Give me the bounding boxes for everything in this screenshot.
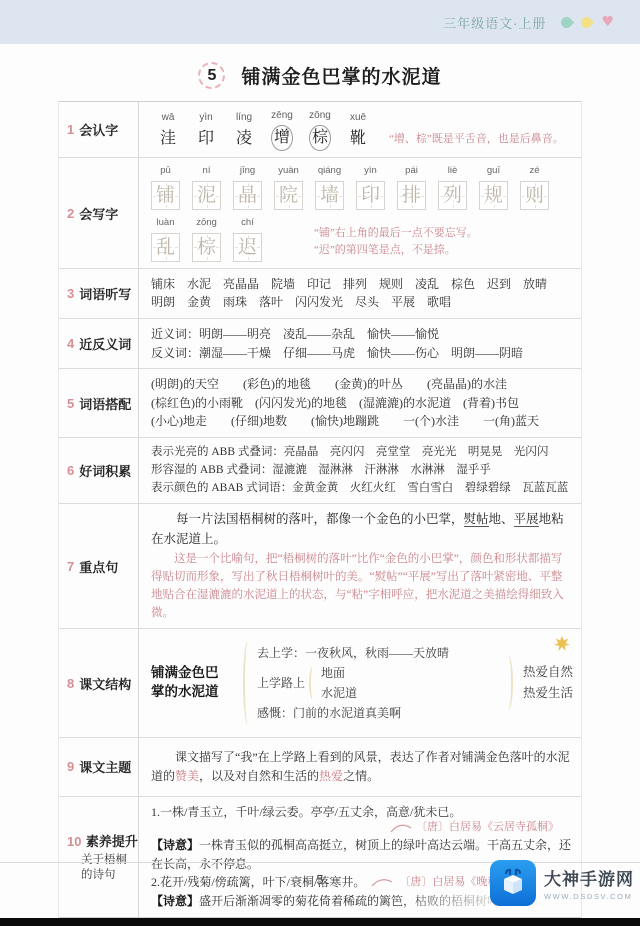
sentence-part: 每一片法国梧桐树的落叶，都像一个金色的小巴掌， [176,512,464,526]
row-dictation-label: 3 词语听写 [59,269,139,318]
pinyin: pái [405,164,418,179]
goodwords-line-3: 表示颜色的 ABAB 式词语：金黄金黄 火红火红 雪白雪白 碧绿碧绿 瓦蓝瓦蓝 [151,480,573,498]
grid-char: pū铺 [151,164,180,210]
dictation-line-2: 明朗 金黄 雨珠 落叶 闪闪发光 尽头 平展 歌唱 [151,293,573,312]
row-label: 词语听写 [79,284,131,303]
poem-1-citation-line: 〔唐〕白居易《云居寺孤桐》 [151,819,573,836]
row-keysentence-label: 7 重点句 [59,504,139,628]
branch-going-to-school: 去上学：一夜秋风，秋雨——天放晴 [257,644,499,663]
tian-grid-box: 乱 [151,233,180,262]
close-brace-icon [503,655,513,711]
pinyin: yìn [364,164,377,179]
underlined-word: 平展 [514,512,539,527]
open-brace-icon [243,641,253,725]
tian-grid-box: 规 [479,181,508,210]
tian-grid-box: 院 [274,181,303,210]
study-table: 1 会认字 wā洼 yìn印 líng凌 zēng增 zōng棕 xuē靴 “增… [58,101,582,918]
theme-text: 课文描写了“我”在上学路上看到的风景，表达了作者对铺满金色落叶的水泥道的赞美，以… [151,748,573,785]
grid-char: yuàn院 [274,164,303,210]
pinyin: pū [160,164,171,179]
char-item: wā洼 [151,110,185,151]
theme-part: 之情。 [343,769,379,783]
goodwords-line-2: 形容湿的 ABB 式叠词：湿漉漉 湿淋淋 汗淋淋 水淋淋 湿乎乎 [151,462,573,480]
grid-char: liè列 [438,164,467,210]
tian-grid-box: 晶 [233,181,262,210]
grid-char: zōng棕 [192,216,221,262]
row-label: 词语搭配 [79,394,131,413]
pinyin: chí [241,216,254,231]
row-label: 重点句 [79,557,118,576]
pinyin: liè [448,164,458,179]
write-grid-line1: pū铺 ní泥 jīng晶 yuàn院 qiáng墙 yìn印 pái排 liè… [151,164,573,210]
lesson-number-badge: 5 [198,62,225,89]
branch-sub-items: 地面 水泥道 [321,664,357,702]
structure-conclusion: 热爱自然 热爱生活 [523,662,573,705]
highlight-word: 热爱 [319,769,343,783]
tian-grid-box: 排 [397,181,426,210]
char-item: líng凌 [227,110,261,151]
label-head: 10 素养提升 [67,831,138,851]
grid-char: luàn乱 [151,216,180,262]
grid-char: yìn印 [356,164,385,210]
hanzi: 迟 [238,233,257,262]
pinyin: qiáng [318,164,341,179]
pinyin: ní [203,164,211,179]
row-number: 3 [67,286,74,301]
write-note-2: “迟”的第四笔是点，不是捺。 [314,242,478,260]
row-theme-body: 课文描写了“我”在上学路上看到的风景，表达了作者对铺满金色落叶的水泥道的赞美，以… [139,738,581,795]
tian-grid-box: 则 [520,181,549,210]
dictation-line-1: 铺床 水泥 亮晶晶 院墙 印记 排列 规则 凌乱 棕色 迟到 放晴 [151,275,573,294]
teal-leaf-icon [559,14,575,30]
hanzi: 印 [361,181,380,210]
key-sentence: 每一片法国梧桐树的落叶，都像一个金色的小巴掌，熨帖地、平展地粘在水泥道上。 [151,510,573,549]
pinyin: zōng [196,216,217,231]
hanzi: 乱 [156,233,175,262]
pinyin: zēng [271,108,293,124]
bottom-black-bar [0,918,640,926]
hanzi: 墙 [320,181,339,210]
char-item: xuē靴 [341,110,375,151]
conclusion-line: 热爱生活 [523,683,573,704]
row-keysentence: 7 重点句 每一片法国梧桐树的落叶，都像一个金色的小巴掌，熨帖地、平展地粘在水泥… [59,504,581,629]
row-label: 好词积累 [79,461,131,480]
write-grid-line2-boxes: luàn乱 zōng棕 chí迟 [151,216,262,262]
char-item-circled: zēng增 [265,108,299,151]
meaning-tag: 【诗意】 [151,838,199,852]
watermark-text: 大神手游网 WWW.DSDSV.COM [544,865,634,901]
row-goodwords: 6 好词积累 表示光亮的 ABB 式叠词：亮晶晶 亮闪闪 亮堂堂 亮光光 明晃晃… [59,438,581,504]
title-line: 铺满金色巴 [151,664,239,683]
tian-grid-box: 迟 [233,233,262,262]
highlight-word: 赞美 [175,769,199,783]
hanzi: 列 [443,181,462,210]
grid-char: zé则 [520,164,549,210]
row-structure: 8 课文结构 铺满金色巴 掌的水泥道 去上学：一夜秋风，秋雨——天放晴 上学路上… [59,629,581,738]
pinyin: luàn [157,216,175,231]
sentence-part: 地、 [489,512,514,526]
edition-label: 三年级语文·上册 [443,13,546,32]
row-collocation-label: 5 词语搭配 [59,369,139,437]
hanzi: 凌 [236,127,252,152]
row-number: 7 [67,559,74,574]
pinyin: zé [529,164,539,179]
hanzi: 晶 [238,181,257,210]
row-write: 2 会写字 pū铺 ní泥 jīng晶 yuàn院 qiáng墙 yìn印 pá… [59,158,581,268]
goodwords-line-1: 表示光亮的 ABB 式叠词：亮晶晶 亮闪闪 亮堂堂 亮光光 明晃晃 光闪闪 [151,444,573,462]
small-brace-icon [309,666,317,700]
recognize-note: “增、棕”既是平舌音，也是后鼻音。 [389,131,564,151]
row-recognize-body: wā洼 yìn印 líng凌 zēng增 zōng棕 xuē靴 “增、棕”既是平… [139,102,581,157]
write-grid-line2: luàn乱 zōng棕 chí迟 “铺”右上角的最后一点不要忘写。 “迟”的第四… [151,216,573,262]
row-synonyms-label: 4 近反义词 [59,319,139,368]
pinyin: zōng [309,108,331,124]
synonym-line: 近义词：明朗——明亮 凌乱——杂乱 愉快——愉悦 [151,325,573,344]
collocation-line-1: (明朗)的天空 (彩色)的地毯 (金黄)的叶丛 (亮晶晶)的水洼 [151,375,573,394]
collocation-line-3: (小心)地走 (仔细)地数 (愉快)地蹦跳 一(个)水洼 一(角)蓝天 [151,412,573,431]
hanzi: 靴 [350,127,366,152]
row-dictation-body: 铺床 水泥 亮晶晶 院墙 印记 排列 规则 凌乱 棕色 迟到 放晴 明朗 金黄 … [139,269,581,318]
lesson-titlebar: 5 铺满金色巴掌的水泥道 [0,62,640,89]
watermark-name: 大神手游网 [544,865,634,890]
row-number: 6 [67,463,74,478]
row-label: 课文结构 [79,674,131,693]
conclusion-line: 热爱自然 [523,662,573,683]
structure-branches: 去上学：一夜秋风，秋雨——天放晴 上学路上 地面 水泥道 感慨：门前的水泥道真美… [257,644,499,723]
structure-center-title: 铺满金色巴 掌的水泥道 [151,664,239,702]
row-synonyms-body: 近义词：明朗——明亮 凌乱——杂乱 愉快——愉悦 反义词：潮湿——干燥 仔细——… [139,319,581,368]
row-number: 1 [67,122,74,137]
meaning-tag: 【诗意】 [151,894,199,908]
grid-char: jīng晶 [233,164,262,210]
write-note-1: “铺”右上角的最后一点不要忘写。 [314,225,478,243]
grid-char: chí迟 [233,216,262,262]
grid-char: qiáng墙 [315,164,344,210]
row-write-body: pū铺 ní泥 jīng晶 yuàn院 qiáng墙 yìn印 pái排 liè… [139,158,581,267]
row-dictation: 3 词语听写 铺床 水泥 亮晶晶 院墙 印记 排列 规则 凌乱 棕色 迟到 放晴… [59,269,581,319]
hanzi: 棕 [309,125,331,152]
pinyin: guī [487,164,500,179]
row-structure-body: 铺满金色巴 掌的水泥道 去上学：一夜秋风，秋雨——天放晴 上学路上 地面 水泥道… [139,629,581,737]
row-number: 2 [67,206,74,221]
sub-item: 地面 [321,664,357,683]
row-label: 素养提升 [86,834,138,849]
pinyin: jīng [240,164,255,179]
yellow-leaf-icon [579,14,595,30]
grid-char: pái排 [397,164,426,210]
row-number: 9 [67,759,74,774]
top-header-band: 三年级语文·上册 ♥ [0,0,640,44]
row-label: 会认字 [79,120,118,139]
tian-grid-box: 墙 [315,181,344,210]
collocation-line-2: (棕红色)的小雨靴 (闪闪发光)的地毯 (湿漉漉)的水泥道 (背着)书包 [151,394,573,413]
branch-feeling: 感慨：门前的水泥道真美啊 [257,704,499,723]
title-line: 掌的水泥道 [151,683,239,702]
row-recognize: 1 会认字 wā洼 yìn印 líng凌 zēng增 zōng棕 xuē靴 “增… [59,102,581,158]
theme-part: ，以及对自然和生活的 [199,769,319,783]
row-improvement-label: 10 素养提升 关于梧桐 的诗句 [59,797,139,917]
tian-grid-box: 印 [356,181,385,210]
maple-leaf-icon [553,635,571,659]
pinyin: yuàn [278,164,299,179]
hanzi: 院 [279,181,298,210]
char-item-circled: zōng棕 [303,108,337,151]
row-collocation: 5 词语搭配 (明朗)的天空 (彩色)的地毯 (金黄)的叶丛 (亮晶晶)的水洼 … [59,369,581,438]
write-notes: “铺”右上角的最后一点不要忘写。 “迟”的第四笔是点，不是捺。 [314,225,478,262]
tian-grid-box: 铺 [151,181,180,210]
row-label: 课文主题 [79,757,131,776]
grid-char: ní泥 [192,164,221,210]
row-label: 会写字 [79,204,118,223]
row-goodwords-body: 表示光亮的 ABB 式叠词：亮晶晶 亮闪闪 亮堂堂 亮光光 明晃晃 光闪闪 形容… [139,438,581,503]
app-store-box-icon [490,860,536,906]
row-structure-label: 8 课文结构 [59,629,139,737]
row-recognize-label: 1 会认字 [59,102,139,157]
tian-grid-box: 列 [438,181,467,210]
hanzi: 规 [484,181,503,210]
hanzi: 印 [198,127,214,152]
row-number: 10 [67,834,81,849]
recognize-char-line: wā洼 yìn印 líng凌 zēng增 zōng棕 xuē靴 “增、棕”既是平… [151,108,573,151]
antonym-line: 反义词：潮湿——干燥 仔细——马虎 愉快——伤心 明朗——阴暗 [151,344,573,363]
row-theme-label: 9 课文主题 [59,738,139,795]
pink-heart-icon: ♥ [601,15,614,29]
row-label: 近反义词 [79,334,131,353]
row-goodwords-label: 6 好词积累 [59,438,139,503]
hanzi: 棕 [197,233,216,262]
underlined-word: 熨帖 [464,512,489,527]
row-number: 8 [67,676,74,691]
sentence-analysis: 这是一个比喻句，把“梧桐树的落叶”比作“金色的小巴掌”，颜色和形状都描写得贴切而… [151,551,573,622]
hanzi: 洼 [160,127,176,152]
row-theme: 9 课文主题 课文描写了“我”在上学路上看到的风景，表达了作者对铺满金色落叶的水… [59,738,581,796]
pinyin: xuē [350,110,366,126]
hanzi: 泥 [197,181,216,210]
row-number: 5 [67,396,74,411]
hanzi: 排 [402,181,421,210]
row-synonyms: 4 近反义词 近义词：明朗——明亮 凌乱——杂乱 愉快——愉悦 反义词：潮湿——… [59,319,581,369]
pinyin: líng [236,110,252,126]
row-write-label: 2 会写字 [59,158,139,267]
tian-grid-box: 泥 [192,181,221,210]
row-keysentence-body: 每一片法国梧桐树的落叶，都像一个金色的小巴掌，熨帖地、平展地粘在水泥道上。 这是… [139,504,581,628]
branch-on-the-way: 上学路上 地面 水泥道 [257,664,499,702]
char-item: yìn印 [189,110,223,151]
curve-arrow-icon [390,823,412,833]
row-collocation-body: (明朗)的天空 (彩色)的地毯 (金黄)的叶丛 (亮晶晶)的水洼 (棕红色)的小… [139,369,581,437]
sublabel-line: 关于梧桐 [81,853,127,868]
pinyin: yìn [199,110,212,126]
branch-label: 上学路上 [257,674,305,693]
watermark: 大神手游网 WWW.DSDSV.COM [490,860,634,906]
hanzi: 增 [271,125,293,152]
tian-grid-box: 棕 [192,233,221,262]
sub-item: 水泥道 [321,684,357,703]
hanzi: 则 [525,181,544,210]
row-number: 4 [67,336,74,351]
pinyin: wā [162,110,175,126]
lesson-title: 铺满金色巴掌的水泥道 [241,67,441,88]
grid-char: guī规 [479,164,508,210]
citation: 〔唐〕白居易《云居寺孤桐》 [416,821,559,833]
structure-diagram: 铺满金色巴 掌的水泥道 去上学：一夜秋风，秋雨——天放晴 上学路上 地面 水泥道… [151,635,573,731]
watermark-url: WWW.DSDSV.COM [544,892,634,901]
hanzi: 铺 [156,181,175,210]
